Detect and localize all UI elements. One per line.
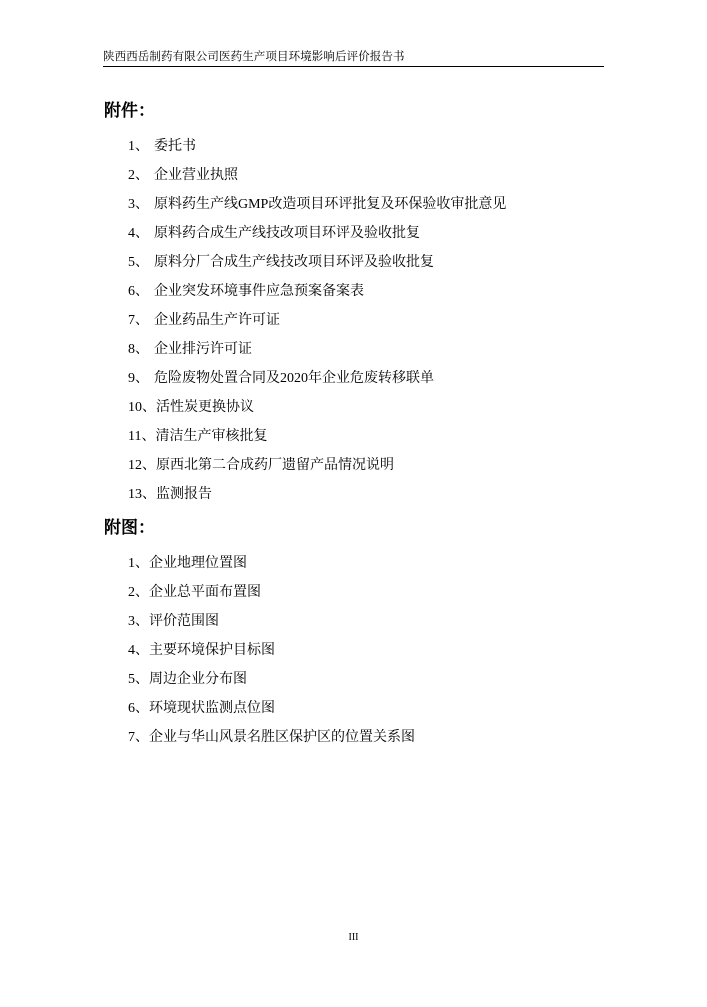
attachments-heading: 附件： — [104, 101, 155, 121]
item-label: 企业总平面布置图 — [149, 583, 261, 603]
item-number: 5、 — [128, 670, 149, 690]
list-item: 4、原料药合成生产线技改项目环评及验收批复 — [128, 224, 506, 253]
item-label: 主要环境保护目标图 — [149, 641, 275, 661]
item-label: 企业排污许可证 — [154, 340, 252, 360]
list-item: 5、周边企业分布图 — [128, 670, 415, 699]
running-header: 陕西西岳制药有限公司医药生产项目环境影响后评价报告书 — [103, 48, 604, 67]
item-number: 9、 — [128, 369, 154, 389]
item-number: 2、 — [128, 583, 149, 603]
list-item: 1、企业地理位置图 — [128, 554, 415, 583]
list-item: 11、清洁生产审核批复 — [128, 427, 506, 456]
figures-list: 1、企业地理位置图 2、企业总平面布置图 3、评价范围图 4、主要环境保护目标图… — [128, 554, 415, 757]
attachments-list: 1、委托书 2、企业营业执照 3、原料药生产线GMP改造项目环评批复及环保验收审… — [128, 137, 506, 514]
list-item: 3、评价范围图 — [128, 612, 415, 641]
item-number: 11、 — [128, 427, 155, 447]
item-number: 1、 — [128, 554, 149, 574]
list-item: 5、原料分厂合成生产线技改项目环评及验收批复 — [128, 253, 506, 282]
item-number: 10、 — [128, 398, 156, 418]
list-item: 7、企业与华山风景名胜区保护区的位置关系图 — [128, 728, 415, 757]
item-number: 6、 — [128, 282, 154, 302]
page-number: III — [0, 932, 707, 944]
list-item: 10、活性炭更换协议 — [128, 398, 506, 427]
item-label: 监测报告 — [156, 485, 212, 505]
item-label: 委托书 — [154, 137, 196, 157]
list-item: 12、原西北第二合成药厂遗留产品情况说明 — [128, 456, 506, 485]
item-number: 4、 — [128, 641, 149, 661]
item-label: 原料药生产线GMP改造项目环评批复及环保验收审批意见 — [154, 195, 506, 215]
item-number: 8、 — [128, 340, 154, 360]
list-item: 2、企业总平面布置图 — [128, 583, 415, 612]
item-label: 清洁生产审核批复 — [155, 427, 267, 447]
item-label: 企业营业执照 — [154, 166, 238, 186]
list-item: 8、企业排污许可证 — [128, 340, 506, 369]
item-label: 原西北第二合成药厂遗留产品情况说明 — [156, 456, 394, 476]
item-number: 5、 — [128, 253, 154, 273]
item-number: 1、 — [128, 137, 154, 157]
list-item: 1、委托书 — [128, 137, 506, 166]
item-number: 3、 — [128, 612, 149, 632]
item-number: 13、 — [128, 485, 156, 505]
item-number: 3、 — [128, 195, 154, 215]
figures-heading: 附图： — [104, 518, 155, 538]
item-label: 活性炭更换协议 — [156, 398, 254, 418]
item-label: 原料药合成生产线技改项目环评及验收批复 — [154, 224, 420, 244]
item-label: 评价范围图 — [149, 612, 219, 632]
list-item: 4、主要环境保护目标图 — [128, 641, 415, 670]
item-number: 7、 — [128, 311, 154, 331]
list-item: 9、危险废物处置合同及2020年企业危废转移联单 — [128, 369, 506, 398]
item-number: 12、 — [128, 456, 156, 476]
item-label: 企业地理位置图 — [149, 554, 247, 574]
item-number: 7、 — [128, 728, 149, 748]
item-number: 6、 — [128, 699, 149, 719]
list-item: 2、企业营业执照 — [128, 166, 506, 195]
item-number: 4、 — [128, 224, 154, 244]
item-label: 环境现状监测点位图 — [149, 699, 275, 719]
list-item: 3、原料药生产线GMP改造项目环评批复及环保验收审批意见 — [128, 195, 506, 224]
item-label: 周边企业分布图 — [149, 670, 247, 690]
item-label: 企业药品生产许可证 — [154, 311, 280, 331]
item-number: 2、 — [128, 166, 154, 186]
item-label: 企业与华山风景名胜区保护区的位置关系图 — [149, 728, 415, 748]
list-item: 6、环境现状监测点位图 — [128, 699, 415, 728]
list-item: 13、监测报告 — [128, 485, 506, 514]
header-title: 陕西西岳制药有限公司医药生产项目环境影响后评价报告书 — [103, 50, 405, 64]
item-label: 企业突发环境事件应急预案备案表 — [154, 282, 364, 302]
list-item: 7、企业药品生产许可证 — [128, 311, 506, 340]
list-item: 6、企业突发环境事件应急预案备案表 — [128, 282, 506, 311]
item-label: 原料分厂合成生产线技改项目环评及验收批复 — [154, 253, 434, 273]
item-label: 危险废物处置合同及2020年企业危废转移联单 — [154, 369, 434, 389]
